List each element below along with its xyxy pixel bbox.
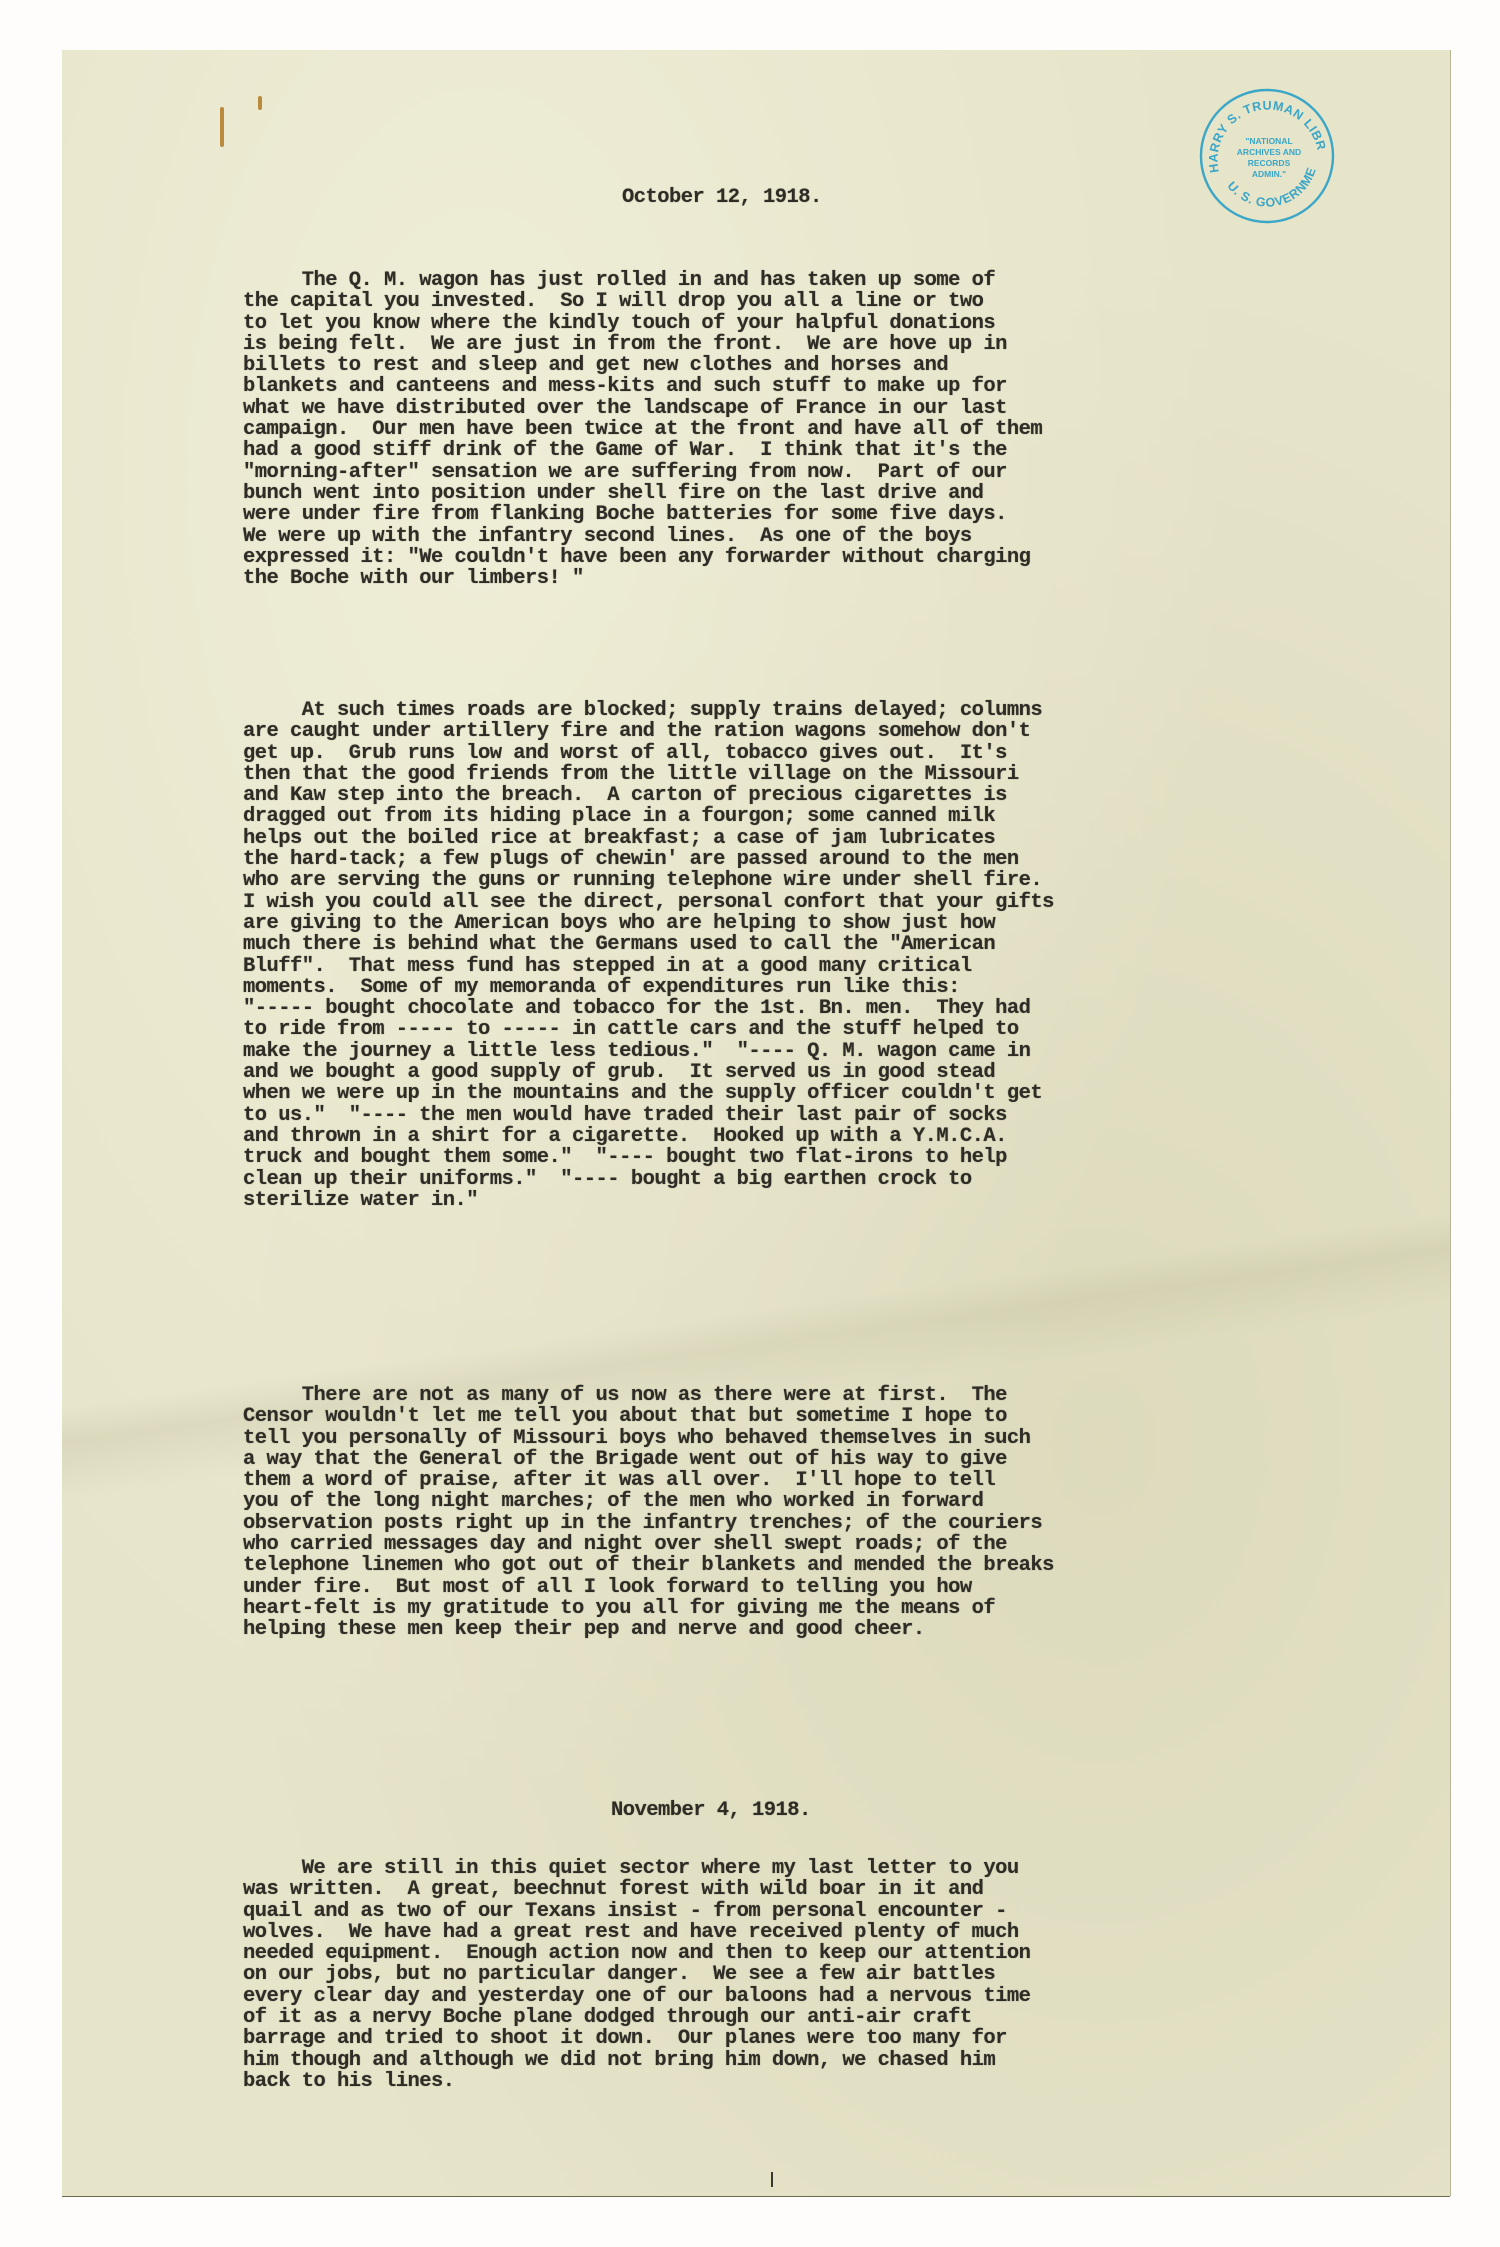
text-line: had a good stiff drink of the Game of Wa… [243, 440, 1042, 461]
text-line: At such times roads are blocked; supply … [243, 700, 1054, 721]
text-line: barrage and tried to shoot it down. Our … [243, 2028, 1030, 2049]
text-line: are giving to the American boys who are … [243, 913, 1054, 934]
text-line: observation posts right up in the infant… [243, 1513, 1054, 1534]
text-line: I wish you could all see the direct, per… [243, 892, 1054, 913]
text-line: We were up with the infantry second line… [243, 526, 1042, 547]
text-line: the capital you invested. So I will drop… [243, 291, 1042, 312]
text-line: make the journey a little less tedious."… [243, 1041, 1054, 1062]
text-line: were under fire from flanking Boche batt… [243, 504, 1042, 525]
text-line: moments. Some of my memoranda of expendi… [243, 977, 1054, 998]
text-line: Censor wouldn't let me tell you about th… [243, 1406, 1054, 1427]
stamp-inner-line: "NATIONAL [1245, 136, 1292, 146]
text-line: them a word of praise, after it was all … [243, 1470, 1054, 1491]
rust-stain [220, 107, 224, 147]
paragraph: The Q. M. wagon has just rolled in and h… [243, 270, 1042, 589]
text-line: "----- bought chocolate and tobacco for … [243, 998, 1054, 1019]
text-line: and Kaw step into the breach. A carton o… [243, 785, 1054, 806]
page-number-mark [771, 2172, 773, 2187]
text-line: billets to rest and sleep and get new cl… [243, 355, 1042, 376]
paragraph: We are still in this quiet sector where … [243, 1858, 1030, 2092]
rust-stain [258, 96, 262, 110]
text-line: much there is behind what the Germans us… [243, 934, 1054, 955]
text-line: We are still in this quiet sector where … [243, 1858, 1030, 1879]
text-line: dragged out from its hiding place in a f… [243, 806, 1054, 827]
text-line: and we bought a good supply of grub. It … [243, 1062, 1054, 1083]
text-line: tell you personally of Missouri boys who… [243, 1428, 1054, 1449]
text-line: blankets and canteens and mess-kits and … [243, 376, 1042, 397]
text-line: to us." "---- the men would have traded … [243, 1105, 1054, 1126]
stamp-inner-line: RECORDS [1248, 158, 1291, 168]
stamp-seal-icon: HARRY S. TRUMAN LIBRARY U. S. GOVERNMENT… [1197, 86, 1337, 226]
text-line: Bluff". That mess fund has stepped in at… [243, 956, 1054, 977]
text-line: truck and bought them some." "---- bough… [243, 1147, 1054, 1168]
text-line: campaign. Our men have been twice at the… [243, 419, 1042, 440]
text-line: was written. A great, beechnut forest wi… [243, 1879, 1030, 1900]
text-line: are caught under artillery fire and the … [243, 721, 1054, 742]
text-line: wolves. We have had a great rest and hav… [243, 1922, 1030, 1943]
text-line: bunch went into position under shell fir… [243, 483, 1042, 504]
text-line: telephone linemen who got out of their b… [243, 1555, 1054, 1576]
text-line: The Q. M. wagon has just rolled in and h… [243, 270, 1042, 291]
text-line: "morning-after" sensation we are sufferi… [243, 462, 1042, 483]
text-line: what we have distributed over the landsc… [243, 398, 1042, 419]
text-line: then that the good friends from the litt… [243, 764, 1054, 785]
paragraph: At such times roads are blocked; supply … [243, 700, 1054, 1211]
text-line: helping these men keep their pep and ner… [243, 1619, 1054, 1640]
truman-library-stamp: HARRY S. TRUMAN LIBRARY U. S. GOVERNMENT… [1197, 86, 1337, 226]
letter-date: November 4, 1918. [611, 1800, 811, 1821]
text-line: heart-felt is my gratitude to you all fo… [243, 1598, 1054, 1619]
paragraph: There are not as many of us now as there… [243, 1385, 1054, 1641]
text-line: and thrown in a shirt for a cigarette. H… [243, 1126, 1054, 1147]
text-line: of it as a nervy Boche plane dodged thro… [243, 2007, 1030, 2028]
text-line: every clear day and yesterday one of our… [243, 1986, 1030, 2007]
text-line: a way that the General of the Brigade we… [243, 1449, 1054, 1470]
stamp-inner-line: ARCHIVES AND [1237, 147, 1301, 157]
text-line: There are not as many of us now as there… [243, 1385, 1054, 1406]
text-line: who are serving the guns or running tele… [243, 870, 1054, 891]
text-line: sterilize water in." [243, 1190, 1054, 1211]
text-line: get up. Grub runs low and worst of all, … [243, 743, 1054, 764]
text-line: the Boche with our limbers! " [243, 568, 1042, 589]
text-line: is being felt. We are just in from the f… [243, 334, 1042, 355]
text-line: quail and as two of our Texans insist - … [243, 1901, 1030, 1922]
text-line: to let you know where the kindly touch o… [243, 313, 1042, 334]
text-line: on our jobs, but no particular danger. W… [243, 1964, 1030, 1985]
text-line: expressed it: "We couldn't have been any… [243, 547, 1042, 568]
text-line: needed equipment. Enough action now and … [243, 1943, 1030, 1964]
text-line: you of the long night marches; of the me… [243, 1491, 1054, 1512]
text-line: clean up their uniforms." "---- bought a… [243, 1169, 1054, 1190]
stamp-inner-line: ADMIN." [1252, 169, 1286, 179]
text-line: under fire. But most of all I look forwa… [243, 1577, 1054, 1598]
text-line: who carried messages day and night over … [243, 1534, 1054, 1555]
text-line: him though and although we did not bring… [243, 2050, 1030, 2071]
text-line: the hard-tack; a few plugs of chewin' ar… [243, 849, 1054, 870]
text-line: to ride from ----- to ----- in cattle ca… [243, 1019, 1054, 1040]
text-line: helps out the boiled rice at breakfast; … [243, 828, 1054, 849]
letter-date: October 12, 1918. [622, 187, 822, 208]
text-line: back to his lines. [243, 2071, 1030, 2092]
text-line: when we were up in the mountains and the… [243, 1083, 1054, 1104]
